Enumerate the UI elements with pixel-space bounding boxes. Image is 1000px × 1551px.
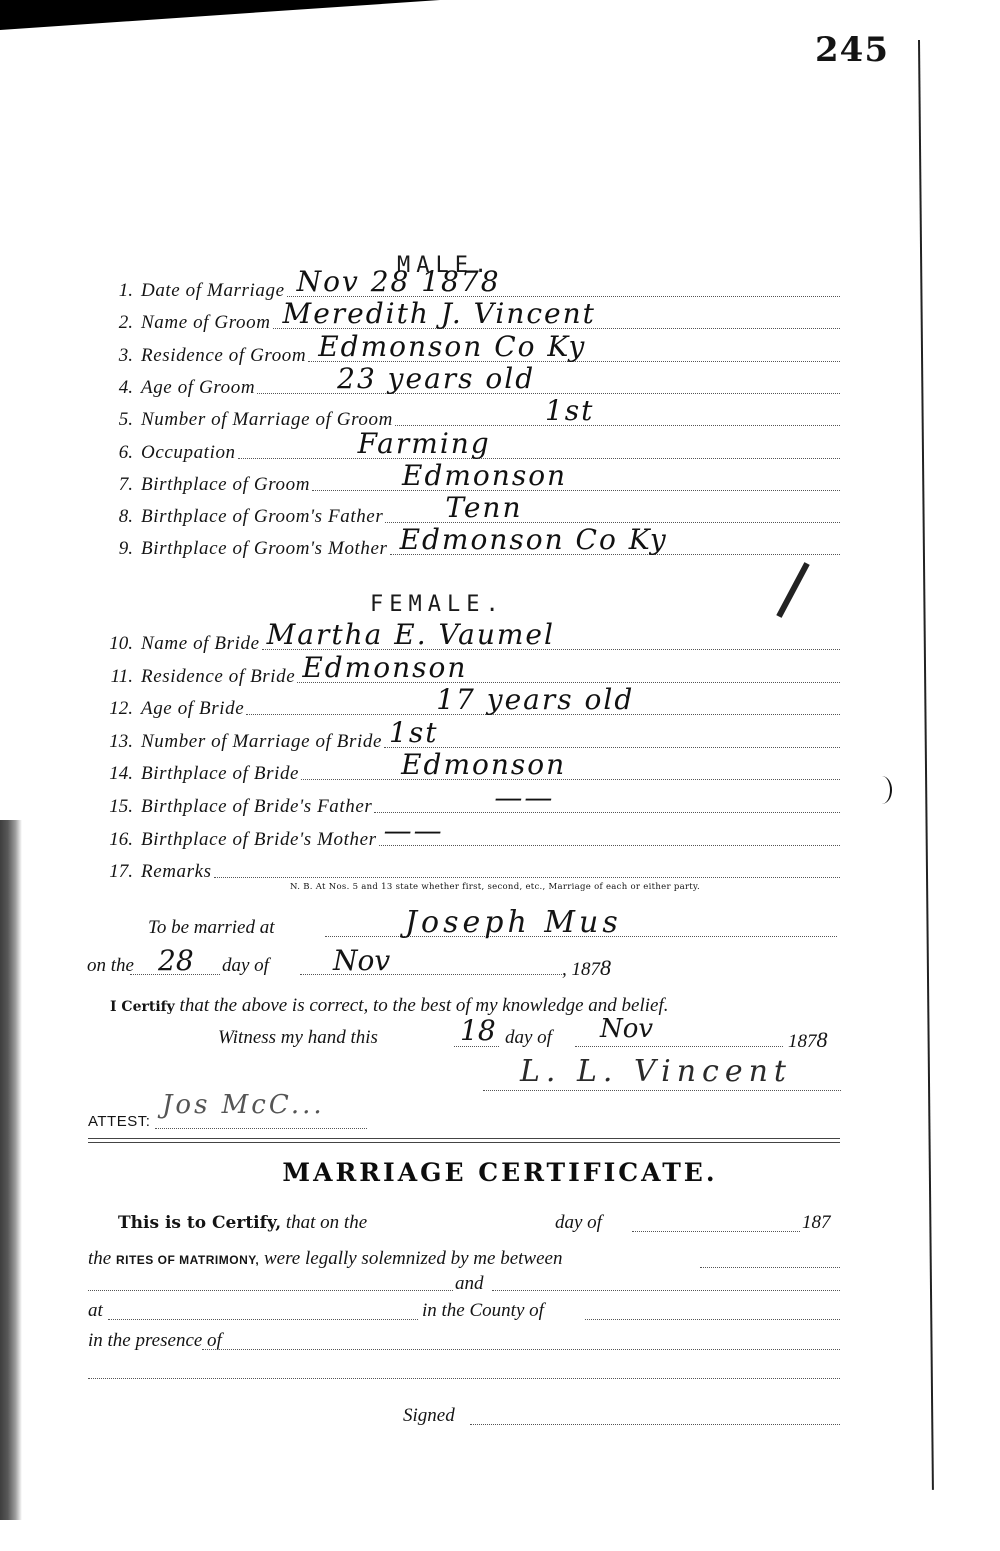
field-fill-line: Edmonson Co Ky [390, 528, 840, 555]
form-field-row: 15.Birthplace of Bride's Father—— [95, 788, 840, 818]
field-number: 6. [95, 442, 141, 464]
witness-month-line [575, 1046, 783, 1047]
field-fill-line: 17 years old [246, 688, 840, 715]
certify-lead-gothic: This is to Certify, [118, 1213, 281, 1233]
field-label: Name of Groom [141, 312, 271, 334]
female-heading: FEMALE. [370, 592, 505, 617]
field-number: 4. [95, 377, 141, 399]
clerk-signature: L. L. Vincent [520, 1054, 792, 1089]
field-label: Occupation [141, 442, 236, 464]
to-be-married-label: To be married at [148, 917, 275, 939]
cert-month-line [632, 1231, 800, 1232]
page-edge-line [918, 40, 934, 1490]
form-field-row: 14.Birthplace of BrideEdmonson [95, 755, 840, 785]
stray-pen-stroke [776, 562, 809, 618]
field-number: 15. [95, 796, 141, 818]
witness-label: Witness my hand this [218, 1027, 378, 1049]
field-fill-line: —— [379, 819, 840, 846]
field-number: 2. [95, 312, 141, 334]
handwritten-value: Edmonson [401, 748, 566, 781]
field-number: 8. [95, 506, 141, 528]
party-two-line [492, 1290, 840, 1291]
field-number: 5. [95, 409, 141, 431]
line1-day-of: day of [555, 1212, 602, 1234]
field-label: Age of Groom [141, 377, 255, 399]
handwritten-value: —— [384, 814, 444, 847]
attest-label: ATTEST: [88, 1113, 150, 1130]
field-label: Residence of Groom [141, 345, 306, 367]
field-number: 17. [95, 861, 141, 883]
attest-signature: Jos McC... [162, 1090, 325, 1120]
field-number: 13. [95, 731, 141, 753]
handwritten-value: Martha E. Vaumel [267, 618, 555, 651]
field-fill-line: Tenn [385, 496, 840, 523]
county-line [585, 1319, 840, 1320]
between-line [700, 1267, 840, 1268]
handwritten-value: 23 years old [337, 362, 535, 395]
line3-and: and [455, 1273, 484, 1295]
presence-line-2 [88, 1378, 840, 1379]
scan-dark-corner [0, 0, 1000, 32]
field-label: Birthplace of Bride's Mother [141, 829, 377, 851]
field-fill-line: Edmonson Co Ky [308, 335, 840, 362]
field-label: Remarks [141, 861, 212, 883]
line2-the: the [88, 1248, 111, 1269]
handwritten-value: Edmonson Co Ky [400, 523, 668, 556]
field-label: Birthplace of Groom's Mother [141, 538, 388, 560]
field-label: Number of Marriage of Groom [141, 409, 393, 431]
handwritten-value: Edmonson [302, 651, 467, 684]
stray-pen-mark [872, 776, 892, 804]
signed-line [470, 1424, 840, 1425]
field-number: 3. [95, 345, 141, 367]
party-one-line [88, 1290, 453, 1291]
field-fill-line: Edmonson [301, 753, 840, 780]
field-number: 11. [95, 666, 141, 688]
field-fill-line: Edmonson [312, 464, 840, 491]
handwritten-value: Nov 28 1878 [297, 265, 501, 298]
field-fill-line: Edmonson [297, 656, 840, 683]
field-fill-line: Farming [238, 432, 840, 459]
handwritten-value: 17 years old [436, 683, 634, 716]
witness-year-prefix: 187 [788, 1031, 817, 1052]
field-label: Name of Bride [141, 633, 260, 655]
witness-year-suffix: 8 [817, 1027, 828, 1052]
field-fill-line: Meredith J. Vincent [273, 302, 840, 329]
witness-day-value: 18 [460, 1014, 496, 1047]
handwritten-value: 1st [389, 716, 438, 749]
field-fill-line: 23 years old [257, 367, 840, 394]
field-fill-line [214, 851, 840, 878]
handwritten-value: 1st [545, 394, 594, 427]
handwritten-value: Edmonson Co Ky [318, 330, 586, 363]
marriage-place-value: Joseph Mus [405, 905, 622, 940]
witness-day-of-label: day of [505, 1027, 552, 1049]
field-number: 16. [95, 829, 141, 851]
form-field-row: 9.Birthplace of Groom's MotherEdmonson C… [95, 530, 840, 560]
form-field-row: 4.Age of Groom23 years old [95, 369, 840, 399]
on-the-label: on the [87, 955, 134, 977]
marriage-day-value: 28 [158, 944, 194, 977]
field-number: 7. [95, 474, 141, 496]
clerk-signature-line [483, 1090, 841, 1091]
section-divider [88, 1138, 840, 1143]
handwritten-value: Farming [358, 427, 491, 460]
page-number: 245 [815, 30, 889, 70]
line4-at: at [88, 1300, 103, 1322]
handwritten-value: Edmonson [402, 459, 567, 492]
handwritten-value: —— [494, 781, 554, 814]
line2-text: were legally solemnized by me between [264, 1248, 562, 1269]
field-fill-line: Martha E. Vaumel [262, 623, 840, 650]
line4-county: in the County of [422, 1300, 544, 1322]
field-fill-line: 1st [395, 399, 840, 426]
handwritten-value: Tenn [445, 491, 522, 524]
field-label: Number of Marriage of Bride [141, 731, 382, 753]
field-fill-line: —— [374, 786, 840, 813]
field-number: 9. [95, 538, 141, 560]
handwritten-value: Meredith J. Vincent [283, 297, 596, 330]
field-label: Birthplace of Bride [141, 763, 299, 785]
field-number: 14. [95, 763, 141, 785]
attest-line [155, 1128, 367, 1129]
marriage-month-value: Nov [333, 944, 390, 977]
day-of-label: day of [222, 955, 269, 977]
form-field-row: 12.Age of Bride17 years old [95, 690, 840, 720]
field-label: Birthplace of Groom's Father [141, 506, 383, 528]
field-number: 10. [95, 633, 141, 655]
form-field-row: 16.Birthplace of Bride's Mother—— [95, 821, 840, 851]
year-prefix: , 187 [562, 959, 600, 980]
field-label: Birthplace of Groom [141, 474, 310, 496]
field-number: 1. [95, 280, 141, 302]
field-label: Residence of Bride [141, 666, 295, 688]
place-at-line [108, 1319, 418, 1320]
certificate-title: MARRIAGE CERTIFICATE. [0, 1158, 1000, 1187]
line2-rites: RITES OF MATRIMONY, [116, 1253, 259, 1267]
field-fill-line: Nov 28 1878 [287, 270, 840, 297]
field-label: Date of Marriage [141, 280, 285, 302]
line1-text: that on the [286, 1212, 367, 1233]
field-label: Birthplace of Bride's Father [141, 796, 372, 818]
form-field-row: 10.Name of BrideMartha E. Vaumel [95, 625, 840, 655]
presence-line [202, 1349, 840, 1350]
field-fill-line: 1st [384, 721, 840, 748]
certify-text: that the above is correct, to the best o… [180, 995, 669, 1016]
witness-month-value: Nov [600, 1014, 653, 1044]
nb-note: N. B. At Nos. 5 and 13 state whether fir… [290, 882, 700, 892]
signed-label: Signed [403, 1405, 455, 1427]
field-label: Age of Bride [141, 698, 244, 720]
certify-lead: I Certify [110, 999, 175, 1015]
field-number: 12. [95, 698, 141, 720]
year-suffix-handwritten: 8 [600, 955, 611, 980]
form-field-row: 17.Remarks [95, 853, 840, 883]
line1-year: 187 [802, 1212, 831, 1234]
